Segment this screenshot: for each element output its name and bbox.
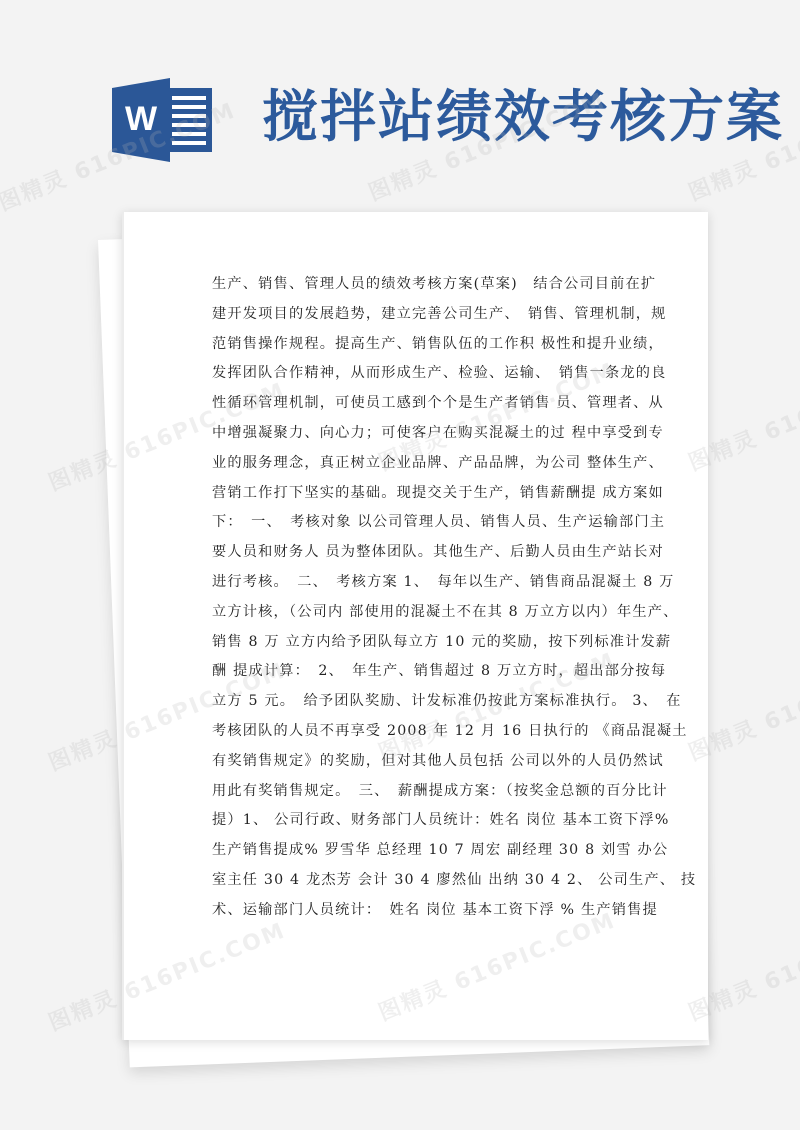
svg-text:W: W <box>125 100 158 138</box>
document-line: 业的服务理念，真正树立企业品牌、产品品牌，为公司 整体生产、 <box>212 449 632 479</box>
document-line: 发挥团队合作精神，从而形成生产、检验、运输、 销售一条龙的良 <box>212 359 632 389</box>
document-body: 生产、销售、管理人员的绩效考核方案(草案) 结合公司目前在扩 建开发项目的发展趋… <box>212 270 632 926</box>
document-line: 酬 提成计算： 2、 年生产、销售超过 8 万立方时，超出部分按每 <box>212 657 632 687</box>
document-line: 建开发项目的发展趋势，建立完善公司生产、 销售、管理机制，规 <box>212 300 632 330</box>
document-line: 提）1、 公司行政、财务部门人员统计：姓名 岗位 基本工资下浮% <box>212 806 632 836</box>
document-line: 要人员和财务人 员为整体团队。其他生产、后勤人员由生产站长对 <box>212 538 632 568</box>
document-line: 考核团队的人员不再享受 2008 年 12 月 16 日执行的 《商品混凝土 <box>212 717 632 747</box>
word-document-icon: W <box>110 78 214 162</box>
document-line: 有奖销售规定》的奖励，但对其他人员包括 公司以外的人员仍然试 <box>212 747 632 777</box>
document-line: 进行考核。 二、 考核方案 1、 每年以生产、销售商品混凝土 8 万 <box>212 568 632 598</box>
header-banner: W 搅拌站绩效考核方案 <box>0 0 800 200</box>
document-line: 生产、销售、管理人员的绩效考核方案(草案) 结合公司目前在扩 <box>212 270 632 300</box>
document-line: 室主任 30 4 龙杰芳 会计 30 4 廖然仙 出纳 30 4 2、 公司生产… <box>212 866 632 896</box>
document-line: 术、运输部门人员统计： 姓名 岗位 基本工资下浮 % 生产销售提 <box>212 896 632 926</box>
document-line: 销售 8 万 立方内给予团队每立方 10 元的奖励，按下列标准计发薪 <box>212 628 632 658</box>
page-title: 搅拌站绩效考核方案 <box>262 82 784 152</box>
document-line: 范销售操作规程。提高生产、销售队伍的工作积 极性和提升业绩， <box>212 330 632 360</box>
document-page: 生产、销售、管理人员的绩效考核方案(草案) 结合公司目前在扩 建开发项目的发展趋… <box>122 212 708 1040</box>
document-line: 立方 5 元。 给予团队奖励、计发标准仍按此方案标准执行。 3、 在 <box>212 687 632 717</box>
document-line: 中增强凝聚力、向心力；可使客户在购买混凝土的过 程中享受到专 <box>212 419 632 449</box>
document-line: 用此有奖销售规定。 三、 薪酬提成方案：（按奖金总额的百分比计 <box>212 777 632 807</box>
document-line: 生产销售提成% 罗雪华 总经理 10 7 周宏 副经理 30 8 刘雪 办公 <box>212 836 632 866</box>
document-line: 性循环管理机制，可使员工感到个个是生产者销售 员、管理者、从 <box>212 389 632 419</box>
document-line: 营销工作打下坚实的基础。现提交关于生产，销售薪酬提 成方案如 <box>212 479 632 509</box>
document-line: 立方计核，（公司内 部使用的混凝土不在其 8 万立方以内）年生产、 <box>212 598 632 628</box>
document-line: 下： 一、 考核对象 以公司管理人员、销售人员、生产运输部门主 <box>212 508 632 538</box>
